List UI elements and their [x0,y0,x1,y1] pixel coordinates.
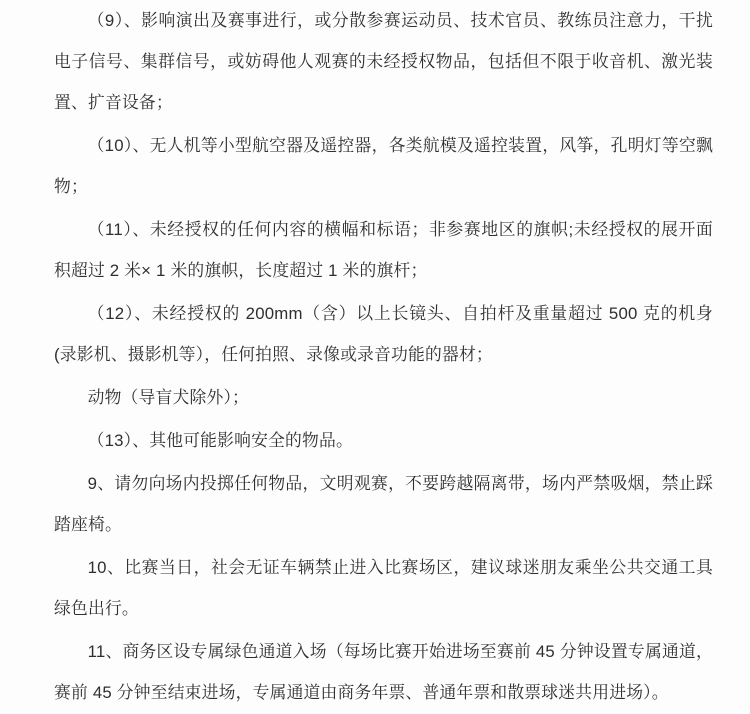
paragraph-prohibited-animals: 动物（导盲犬除外）； [54,377,713,418]
paragraph-prohibited-item-13: （13）、其他可能影响安全的物品。 [54,420,713,461]
paragraph-prohibited-item-10: （10）、无人机等小型航空器及遥控器，各类航模及遥控装置，风筝，孔明灯等空飘物； [54,125,713,207]
document-body: （9）、影响演出及赛事进行，或分散参赛运动员、技术官员、教练员注意力，干扰电子信… [0,0,750,714]
paragraph-prohibited-item-9: （9）、影响演出及赛事进行，或分散参赛运动员、技术官员、教练员注意力，干扰电子信… [54,0,713,123]
paragraph-rule-10: 10、比赛当日，社会无证车辆禁止进入比赛场区，建议球迷朋友乘坐公共交通工具绿色出… [54,547,713,629]
paragraph-prohibited-item-11: （11）、未经授权的任何内容的横幅和标语；非参赛地区的旗帜;未经授权的展开面积超… [54,209,713,291]
paragraph-prohibited-item-12: （12）、未经授权的 200mm（含）以上长镜头、自拍杆及重量超过 500 克的… [54,293,713,375]
paragraph-rule-11: 11、商务区设专属绿色通道入场（每场比赛开始进场至赛前 45 分钟设置专属通道，… [54,631,713,713]
paragraph-rule-9: 9、请勿向场内投掷任何物品，文明观赛，不要跨越隔离带，场内严禁吸烟，禁止踩踏座椅… [54,463,713,545]
